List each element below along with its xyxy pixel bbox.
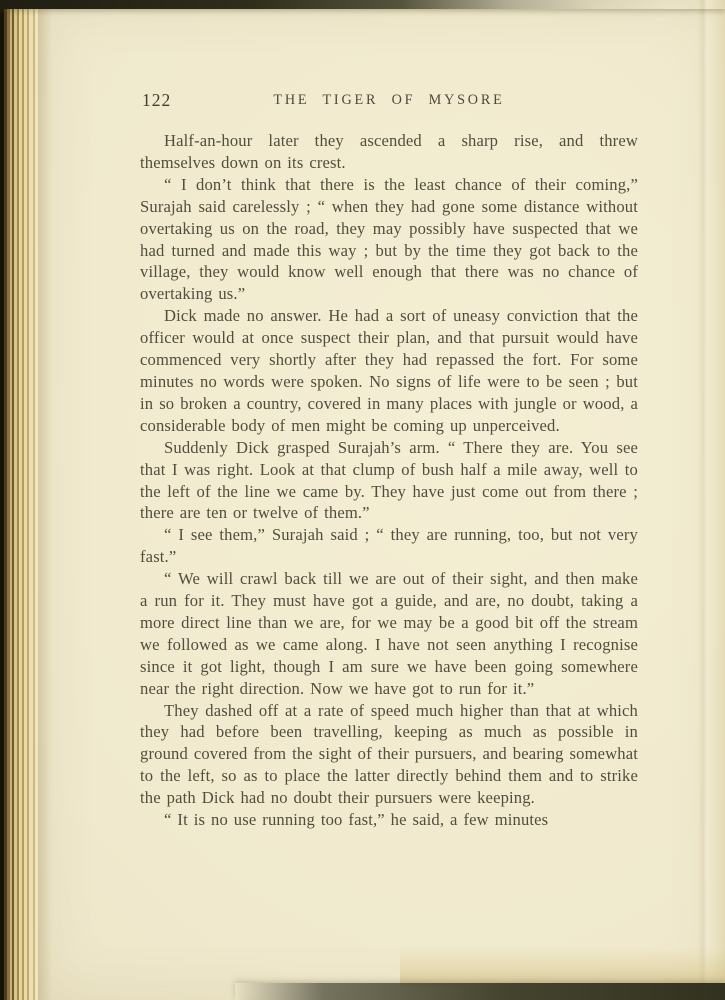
- book-page-edges: [0, 0, 42, 1000]
- page-header: 122 THE TIGER OF MYSORE: [140, 90, 638, 112]
- paragraph: “ It is no use running too fast,” he sai…: [140, 809, 638, 831]
- book-cover-bottom-edge: [235, 983, 725, 1000]
- book-cover-top-edge: [0, 0, 725, 9]
- scanned-book-photo: 122 THE TIGER OF MYSORE Half-an-hour lat…: [0, 0, 725, 1000]
- paragraph: Half-an-hour later they ascended a sharp…: [140, 130, 638, 174]
- page-stack-bottom-edge: [400, 948, 725, 986]
- paragraph: They dashed off at a rate of speed much …: [140, 700, 638, 810]
- paragraph: Suddenly Dick grasped Surajah’s arm. “ T…: [140, 437, 638, 525]
- book-page: 122 THE TIGER OF MYSORE Half-an-hour lat…: [38, 0, 725, 1000]
- running-title: THE TIGER OF MYSORE: [140, 92, 638, 109]
- page-right-crease: [698, 0, 725, 1000]
- page-text: Half-an-hour later they ascended a sharp…: [140, 130, 638, 831]
- paragraph: Dick made no answer. He had a sort of un…: [140, 305, 638, 436]
- paragraph: “ I see them,” Surajah said ; “ they are…: [140, 524, 638, 568]
- paragraph: “ We will crawl back till we are out of …: [140, 568, 638, 699]
- paragraph: “ I don’t think that there is the least …: [140, 174, 638, 305]
